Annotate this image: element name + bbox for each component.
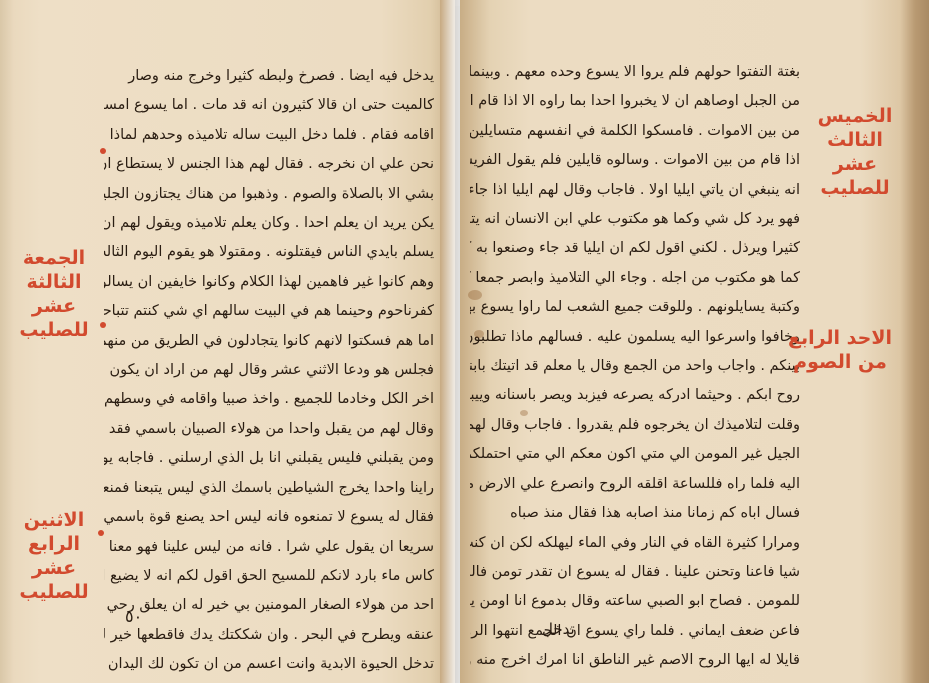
- text-line: احد من هولاء الصغار المومنين بي خير له ا…: [104, 591, 434, 620]
- text-line: سريعا ان يقول علي شرا . فانه من ليس علين…: [104, 533, 434, 562]
- text-line: يسلم بايدي الناس فيقتلونه . ومقتولا هو ي…: [104, 238, 434, 267]
- text-line: كفرناحوم وحينما هم في البيت سالهم اي شي …: [104, 297, 434, 326]
- text-line: قايلا له ايها الروح الاصم غير الناطق انا…: [470, 646, 800, 675]
- text-line: تدخل الحيوة الابدية وانت اعسم من ان تكون…: [104, 650, 434, 679]
- ink-stain: [468, 290, 482, 300]
- text-line: كما هو مكتوب من اجله . وجاء الي التلاميذ…: [470, 264, 800, 293]
- text-line: ومرارا كثيرة القاه في النار وفي الماء لي…: [470, 529, 800, 558]
- text-line: روح ابكم . وحيثما ادركه يصرعه فيزبد ويصر…: [470, 381, 800, 410]
- text-line: فهو يرد كل شي وكما هو مكتوب علي ابن الان…: [470, 205, 800, 234]
- text-line: نحن علي ان نخرجه . فقال لهم هذا الجنس لا…: [104, 150, 434, 179]
- text-line: يدخل فيه ايضا . فصرخ ولبطه كثيرا وخرج من…: [104, 62, 434, 91]
- text-line: فسال اباه كم زمانا منذ اصابه هذا فقال من…: [470, 499, 800, 528]
- rubric-line: الاحد الرابع: [785, 326, 895, 350]
- text-line: انه ينبغي ان ياتي ايليا اولا . فاجاب وقا…: [470, 176, 800, 205]
- text-line: من الجبل اوصاهم ان لا يخبروا احدا بما را…: [470, 87, 800, 116]
- left-page: يدخل فيه ايضا . فصرخ ولبطه كثيرا وخرج من…: [0, 0, 455, 683]
- text-line: عنقه ويطرح في البحر . وان شككتك يدك فاقط…: [104, 621, 434, 650]
- rubric-line: عشر للصليب: [4, 294, 104, 342]
- text-line: شيا فاعنا وتحنن علينا . فقال له يسوع ان …: [470, 558, 800, 587]
- text-line: الجيل غير المومن الي متي اكون معكم الي م…: [470, 440, 800, 469]
- rubric-monday-14th: الاثنين الرابع عشر للصليب: [4, 508, 104, 604]
- text-line: بشي الا بالصلاة والصوم . وذهبوا من هناك …: [104, 180, 434, 209]
- red-marker: [100, 322, 106, 328]
- rubric-line: عشر للصليب: [800, 152, 910, 200]
- catchword: تدخل: [542, 620, 575, 638]
- text-line: بينكم . واجاب واحد من الجمع وقال يا معلم…: [470, 352, 800, 381]
- red-marker: [100, 148, 106, 154]
- text-line: راينا واحدا يخرج الشياطين باسمك الذي ليس…: [104, 474, 434, 503]
- text-line: كالميت حتى ان قالا كثيرون انه قد مات . ا…: [104, 91, 434, 120]
- rubric-sunday-4th-fast: الاحد الرابع من الصوم: [785, 326, 895, 374]
- text-line: وكتبة يسايلونهم . وللوقت جميع الشعب لما …: [470, 293, 800, 322]
- right-page-text: بغتة التفتوا حولهم فلم يروا الا يسوع وحد…: [470, 58, 800, 676]
- rubric-line: من الصوم: [785, 350, 895, 374]
- text-line: فاعن ضعف ايماني . فلما راي يسوع ان الجمع…: [470, 617, 800, 646]
- text-line: وهم كانوا غير فاهمين لهذا الكلام وكانوا …: [104, 268, 434, 297]
- ink-stain: [474, 330, 484, 338]
- text-line: للمومن . فصاح ابو الصبي ساعته وقال بدموع…: [470, 587, 800, 616]
- rubric-line: الخميس الثالث: [800, 104, 910, 152]
- page-number: ٥٠: [125, 607, 142, 626]
- text-line: من بين الاموات . فامسكوا الكلمة في انفسه…: [470, 117, 800, 146]
- text-line: كاس ماء بارد لانكم للمسيح الحق اقول لكم …: [104, 562, 434, 591]
- ink-stain: [520, 410, 528, 416]
- rubric-friday-13th: الجمعة الثالثة عشر للصليب: [4, 246, 104, 342]
- text-line: اذا قام من بين الاموات . وسالوه قايلين ف…: [470, 146, 800, 175]
- text-line: اليه فلما راه فللساعة اقلقه الروح وانصرع…: [470, 470, 800, 499]
- text-line: فجلس هو ودعا الاثني عشر وقال لهم من اراد…: [104, 356, 434, 385]
- rubric-line: عشر للصليب: [4, 556, 104, 604]
- text-line: ومن يقبلني فليس يقبلني انا بل الذي ارسلن…: [104, 444, 434, 473]
- text-line: وقلت لتلاميذك ان يخرجوه فلم يقدروا . فاج…: [470, 411, 800, 440]
- text-line: بغتة التفتوا حولهم فلم يروا الا يسوع وحد…: [470, 58, 800, 87]
- rubric-thursday-13th: الخميس الثالث عشر للصليب: [800, 104, 910, 200]
- red-marker: [98, 530, 104, 536]
- text-line: اقامه فقام . فلما دخل البيت ساله تلاميذه…: [104, 121, 434, 150]
- manuscript-spread: يدخل فيه ايضا . فصرخ ولبطه كثيرا وخرج من…: [0, 0, 929, 683]
- text-line: كثيرا ويرذل . لكني اقول لكم ان ايليا قد …: [470, 234, 800, 263]
- text-line: يكن يريد ان يعلم احدا . وكان يعلم تلاميذ…: [104, 209, 434, 238]
- text-line: فقال له يسوع لا تمنعوه فانه ليس احد يصنع…: [104, 503, 434, 532]
- text-line: اخر الكل وخادما للجميع . واخذ صبيا واقام…: [104, 385, 434, 414]
- rubric-line: الاثنين الرابع: [4, 508, 104, 556]
- right-page: بغتة التفتوا حولهم فلم يروا الا يسوع وحد…: [460, 0, 929, 683]
- rubric-line: الجمعة الثالثة: [4, 246, 104, 294]
- text-line: وقال لهم من يقبل واحدا من هولاء الصبيان …: [104, 415, 434, 444]
- left-page-text: يدخل فيه ايضا . فصرخ ولبطه كثيرا وخرج من…: [104, 62, 434, 680]
- text-line: اما هم فسكتوا لانهم كانوا يتجادلون في ال…: [104, 327, 434, 356]
- text-line: وخافوا واسرعوا اليه يسلمون عليه . فسالهم…: [470, 323, 800, 352]
